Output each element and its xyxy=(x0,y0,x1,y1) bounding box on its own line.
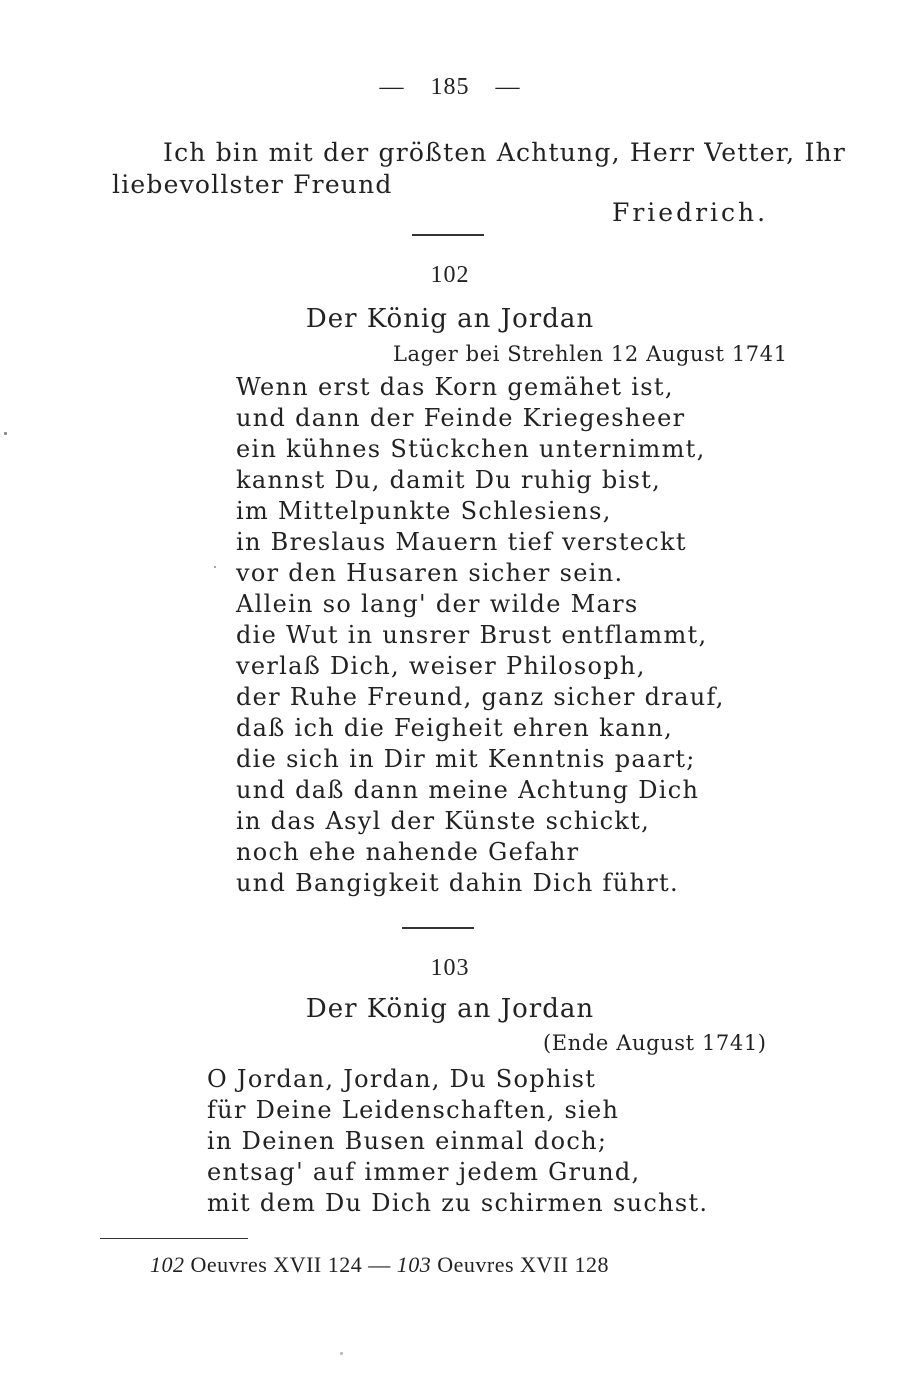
letter-signature: Friedrich. xyxy=(612,198,768,227)
poem-line: in das Asyl der Künste schickt, xyxy=(236,806,725,837)
page-number: —185— xyxy=(0,74,900,101)
poem-line: kannst Du, damit Du ruhig bist, xyxy=(236,465,725,496)
footnote-source-102: Oeuvres XVII 124 — xyxy=(185,1252,397,1277)
page-number-value: 185 xyxy=(431,74,470,100)
footnote-ref-103: 103 xyxy=(397,1252,432,1277)
poem-line: noch ehe nahende Gefahr xyxy=(236,837,725,868)
section-dateline: (Ende August 1741) xyxy=(543,1031,767,1055)
poem-line: in Breslaus Mauern tief versteckt xyxy=(236,527,725,558)
letter-closing-line-2: liebevollster Freund xyxy=(112,170,393,199)
poem-line: vor den Husaren sicher sein. xyxy=(236,558,725,589)
section-divider xyxy=(412,234,484,236)
section-number: 102 xyxy=(0,262,900,289)
poem-line: entsag' auf immer jedem Grund, xyxy=(207,1157,708,1188)
poem-line: daß ich die Feigheit ehren kann, xyxy=(236,713,725,744)
poem-line: für Deine Leidenschaften, sieh xyxy=(207,1095,708,1126)
poem-line: O Jordan, Jordan, Du Sophist xyxy=(207,1064,708,1095)
poem-line: und dann der Feinde Kriegesheer xyxy=(236,403,725,434)
poem-line: verlaß Dich, weiser Philosoph, xyxy=(236,651,725,682)
section-title: Der König an Jordan xyxy=(0,304,900,334)
page-number-dash-left: — xyxy=(380,74,405,101)
poem-103: O Jordan, Jordan, Du Sophist für Deine L… xyxy=(207,1064,708,1219)
poem-line: die sich in Dir mit Kenntnis paart; xyxy=(236,744,725,775)
section-title: Der König an Jordan xyxy=(0,994,900,1024)
footnote: 102 Oeuvres XVII 124 — 103 Oeuvres XVII … xyxy=(150,1252,609,1278)
poem-line: in Deinen Busen einmal doch; xyxy=(207,1126,708,1157)
section-number: 103 xyxy=(0,955,900,982)
poem-line: die Wut in unsrer Brust entflammt, xyxy=(236,620,725,651)
footnote-ref-102: 102 xyxy=(150,1252,185,1277)
poem-line: der Ruhe Freund, ganz sicher drauf, xyxy=(236,682,725,713)
scan-speck xyxy=(214,566,216,568)
poem-line: ein kühnes Stückchen unternimmt, xyxy=(236,434,725,465)
scan-speck xyxy=(340,1352,343,1355)
poem-line: im Mittelpunkte Schlesiens, xyxy=(236,496,725,527)
letter-closing-line-1: Ich bin mit der größten Achtung, Herr Ve… xyxy=(163,138,846,167)
section-divider xyxy=(402,927,474,929)
poem-line: Wenn erst das Korn gemähet ist, xyxy=(236,372,725,403)
footnote-source-103: Oeuvres XVII 128 xyxy=(431,1252,609,1277)
poem-102: Wenn erst das Korn gemähet ist, und dann… xyxy=(236,372,725,899)
scan-speck xyxy=(4,432,7,435)
footnote-rule xyxy=(100,1238,248,1239)
poem-line: und daß dann meine Achtung Dich xyxy=(236,775,725,806)
poem-line: und Bangigkeit dahin Dich führt. xyxy=(236,868,725,899)
poem-line: Allein so lang' der wilde Mars xyxy=(236,589,725,620)
poem-line: mit dem Du Dich zu schirmen suchst. xyxy=(207,1188,708,1219)
page-number-dash-right: — xyxy=(496,74,521,101)
section-dateline: Lager bei Strehlen 12 August 1741 xyxy=(393,342,788,366)
